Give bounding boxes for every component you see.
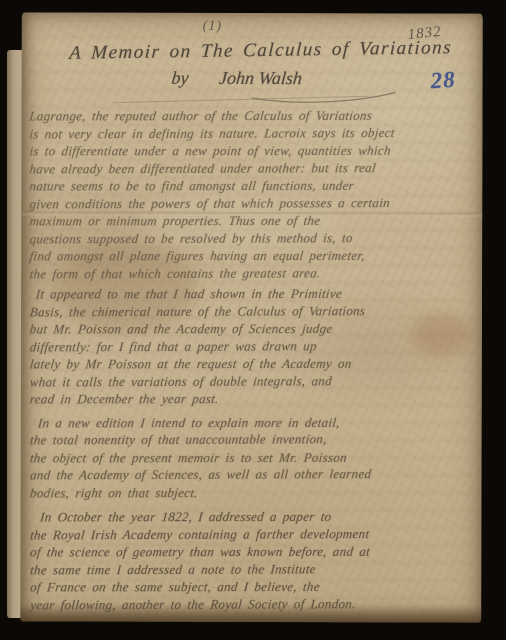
paragraph: Lagrange, the reputed author of the Calc… [29,107,477,283]
paragraph: In a new edition I intend to explain mor… [30,413,478,501]
manuscript-line: In October the year 1822, I addressed a … [29,508,479,526]
manuscript-line: but Mr. Poisson and the Academy of Scien… [29,320,479,338]
manuscript-page: (1) 1832 28 A Memoir on The Calculus of … [20,12,483,622]
manuscript-line: is to differentiate under a new point of… [29,142,479,160]
manuscript-line: Lagrange, the reputed author of the Calc… [29,107,479,125]
paragraph: In October the year 1822, I addressed a … [30,508,478,614]
manuscript-line: given conditions the powers of that whic… [29,193,479,212]
manuscript-line: have already been differentiated under a… [29,158,479,177]
manuscript-line: read in December the year past. [29,390,479,408]
manuscript-line: year following, another to the Royal Soc… [30,594,480,613]
manuscript-line: It appeared to me that I had shown in th… [29,285,479,303]
manuscript-line: bodies, right on that subject. [29,483,479,501]
manuscript-line: Basis, the chimerical nature of the Calc… [29,301,479,320]
manuscript-line: what it calls the variations of double i… [29,371,479,390]
manuscript-line: the total nonentity of that unaccountabl… [29,430,479,449]
byline: by John Walsh [171,68,413,90]
page-number: (1) [203,19,222,35]
manuscript-line: questions supposed to be resolved by thi… [29,228,479,247]
manuscript-line: of France on the same subject, and I bel… [29,578,479,596]
manuscript-line: and the Academy of Sciences, as well as … [29,465,479,484]
manuscript-line: is not very clear in defining its nature… [29,123,479,142]
manuscript-line: nature seems to be to find amongst all f… [29,177,479,195]
manuscript-line: lately by Mr Poisson at the request of t… [29,355,479,373]
manuscript-line: of the science of geometry than was know… [29,543,479,561]
manuscript-line: the form of that which contains the grea… [29,263,479,282]
byline-by: by [171,68,190,88]
archive-number: 28 [430,67,457,95]
photograph-background: (1) 1832 28 A Memoir on The Calculus of … [0,0,506,640]
manuscript-line: In a new edition I intend to explain mor… [29,413,479,431]
manuscript-line: the same time I addressed a note to the … [30,559,480,578]
manuscript-line: the object of the present memoir is to s… [29,448,479,466]
author-signature: John Walsh [218,68,303,88]
pen-scratch-mark [114,96,370,103]
manuscript-line: differently: for I find that a paper was… [29,336,479,355]
memoir-title: A Memoir on The Calculus of Variations [45,37,476,65]
manuscript-line: maximum or minimum properties. Thus one … [29,212,479,230]
manuscript-body: Lagrange, the reputed author of the Calc… [29,107,478,614]
manuscript-line: the Royal Irish Academy containing a far… [29,524,479,543]
paragraph: It appeared to me that I had shown in th… [30,285,478,408]
manuscript-line: find amongst all plane figures having an… [29,247,479,265]
